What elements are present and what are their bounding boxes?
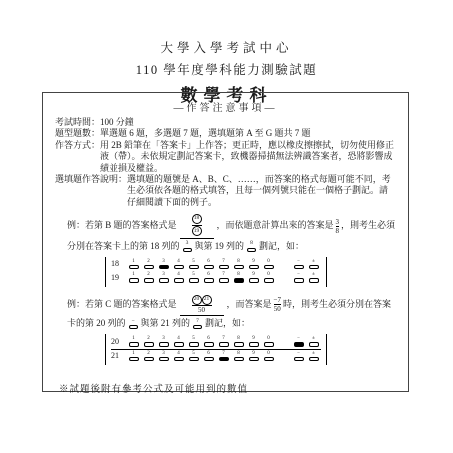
example-b-text: 劃記，如： (259, 241, 304, 251)
notice-item-exam-time: 考試時間：100 分鐘 (55, 117, 396, 128)
empty-bubble-icon (309, 278, 319, 283)
answer-bubble-cell: 9 (246, 351, 261, 362)
notice-text: 100 分鐘 (100, 117, 134, 127)
bubble-digit-label: 3 (162, 351, 165, 356)
bubble-digit-label: 2 (147, 272, 150, 277)
example-c: 例：若第 C 題的答案格式是202150，而答案是−750時，則考生必須分別在答… (67, 294, 396, 331)
answer-bubble-cell: 9 (246, 272, 261, 283)
answer-bubble-cell: 0 (261, 259, 276, 270)
answer-bubble-cell: 8 (231, 336, 246, 347)
example-b-text: 與第 19 列的 (195, 241, 245, 251)
empty-bubble-icon (144, 265, 154, 270)
answer-bubble-cell: 7 (216, 259, 231, 270)
mark-symbol: 3 (183, 241, 192, 252)
organization-name: 大學入學考試中心 (0, 38, 453, 56)
answer-bubble-cell: 6 (201, 336, 216, 347)
empty-bubble-icon (264, 265, 274, 270)
bubble-digit-label: 2 (147, 336, 150, 341)
row-number-label: 21 (111, 351, 126, 361)
empty-bubble-icon (294, 357, 304, 362)
bubble-digit-label: ± (312, 336, 315, 341)
row-number-label: 19 (111, 273, 126, 283)
fraction-denominator: 8 (336, 226, 340, 235)
fraction-numerator: −7 (274, 296, 281, 304)
bubble-digit-label: 5 (192, 259, 195, 264)
bubble-digit-label: − (297, 259, 300, 264)
answer-bubble-cell: ± (306, 259, 321, 270)
empty-bubble-icon (204, 265, 214, 270)
empty-bubble-icon (219, 265, 229, 270)
empty-bubble-icon (204, 342, 214, 347)
bubble-digit-label: 0 (267, 272, 270, 277)
format-fraction: 1819 (192, 213, 202, 237)
mark-digit: 3 (186, 241, 189, 247)
answer-grid-rows-18-19: 181234567890−±191234567890−± (105, 257, 327, 287)
answer-bubble-cell: 0 (261, 351, 276, 362)
answer-bubble-cell: 8 (231, 259, 246, 270)
bubble-digit-label: 5 (192, 336, 195, 341)
answer-grid-row: 191234567890−± (111, 271, 321, 285)
bubble-digit-label: 4 (177, 351, 180, 356)
answer-bubble-cell: 5 (186, 272, 201, 283)
answer-bubble-cell: 4 (171, 351, 186, 362)
example-c-text: 與第 21 列的 (141, 318, 191, 328)
answer-bubble-cell: 1 (126, 351, 141, 362)
bubble-digit-label: 4 (177, 259, 180, 264)
answer-bubble-cell: − (291, 351, 306, 362)
bubble-digit-label: − (297, 272, 300, 277)
empty-bubble-icon (174, 278, 184, 283)
example-b-text: ，而依題意計算出來的答案是 (217, 220, 334, 230)
mark-bubble-icon (129, 325, 138, 329)
empty-bubble-icon (159, 357, 169, 362)
mark-digit: 7 (196, 319, 199, 325)
mark-symbol: 7 (193, 319, 202, 330)
bubble-digit-label: 8 (237, 259, 240, 264)
bubble-digit-label: 6 (207, 272, 210, 277)
bubble-digit-label: − (297, 336, 300, 341)
bubble-digit-label: 7 (222, 272, 225, 277)
empty-bubble-icon (249, 265, 259, 270)
empty-bubble-icon (204, 357, 214, 362)
answer-bubble-cell: − (291, 259, 306, 270)
answer-grid-row: 181234567890−± (111, 258, 321, 272)
answer-bubble-cell: 6 (201, 259, 216, 270)
example-c-text: 例：若第 C 題的答案格式是 (67, 299, 177, 309)
fraction-denominator: 50 (274, 304, 281, 313)
answer-grid-row: 211234567890−± (111, 350, 321, 364)
bubble-digit-label: 9 (252, 336, 255, 341)
empty-bubble-icon (159, 278, 169, 283)
answer-bubble-cell: 7 (216, 336, 231, 347)
bubble-digit-label: 7 (222, 259, 225, 264)
fraction-numerator: 3 (336, 218, 340, 226)
example-b: 例：若第 B 題的答案格式是1819，而依題意計算出來的答案是38，則考生必須分… (67, 213, 396, 254)
answer-bubble-cell: 4 (171, 336, 186, 347)
fraction-denominator: 19 (192, 225, 202, 237)
answer-bubble-cell: 1 (126, 336, 141, 347)
empty-bubble-icon (249, 278, 259, 283)
answer-bubble-cell: 2 (141, 259, 156, 270)
answer-bubble-cell: 3 (156, 259, 171, 270)
answer-bubble-cell: 6 (201, 351, 216, 362)
empty-bubble-icon (234, 342, 244, 347)
empty-bubble-icon (219, 278, 229, 283)
empty-bubble-icon (189, 357, 199, 362)
notice-text: 單選題 6 題，多選題 7 題，選填題第 A 至 G 題共 7 題 (100, 128, 311, 138)
empty-bubble-icon (189, 278, 199, 283)
filled-bubble-icon (294, 342, 304, 347)
exam-cover-page: 大學入學考試中心 110 學年度學科能力測驗試題 數學考科 —作答注意事項— 考… (0, 0, 453, 453)
answer-bubble-cell: 3 (156, 351, 171, 362)
answer-bubble-cell: 9 (246, 336, 261, 347)
circled-row-number: 18 (192, 214, 202, 224)
answer-bubble-cell: 2 (141, 336, 156, 347)
notice-text: 用 2B 鉛筆在「答案卡」上作答；更正時，應以橡皮擦擦拭，切勿使用修正液（帶）。… (100, 140, 394, 173)
mark-digit: − (131, 319, 134, 325)
empty-bubble-icon (129, 357, 139, 362)
empty-bubble-icon (309, 265, 319, 270)
mark-digit: 8 (250, 241, 253, 247)
notice-text: 選填題的題號是 A、B、C、……，而答案的格式每題可能不同，考生必須依各題的格式… (127, 174, 391, 207)
answer-bubble-cell: 4 (171, 272, 186, 283)
answer-bubble-cell: 1 (126, 259, 141, 270)
answer-grid-row: 201234567890−± (111, 335, 321, 350)
answer-grid-rows-20-21: 201234567890−±211234567890−± (105, 334, 327, 365)
empty-bubble-icon (294, 278, 304, 283)
empty-bubble-icon (234, 357, 244, 362)
answer-notice-box: —作答注意事項— 考試時間：100 分鐘 題型題數：單選題 6 題，多選題 7 … (42, 92, 409, 392)
bubble-digit-label: 6 (207, 351, 210, 356)
bubble-digit-label: ± (312, 272, 315, 277)
empty-bubble-icon (189, 265, 199, 270)
answer-bubble-cell: ± (306, 351, 321, 362)
row-number-label: 20 (111, 337, 126, 347)
answer-bubble-cell: ± (306, 336, 321, 347)
row-number-label: 18 (111, 259, 126, 269)
answer-bubble-cell: − (291, 272, 306, 283)
mark-bubble-icon (193, 325, 202, 329)
answer-bubble-cell: 2 (141, 272, 156, 283)
answer-bubble-cell: 2 (141, 351, 156, 362)
empty-bubble-icon (129, 278, 139, 283)
notice-label: 題型題數： (55, 128, 100, 138)
bubble-digit-label: 6 (207, 259, 210, 264)
empty-bubble-icon (234, 265, 244, 270)
answer-bubble-cell: 7 (216, 272, 231, 283)
circled-row-number: 21 (202, 295, 212, 305)
mark-bubble-icon (183, 248, 192, 252)
empty-bubble-icon (264, 357, 274, 362)
bubble-digit-label: 9 (252, 272, 255, 277)
example-c-text: ，而答案是 (227, 299, 272, 309)
answer-bubble-cell: 9 (246, 259, 261, 270)
empty-bubble-icon (294, 265, 304, 270)
empty-bubble-icon (204, 278, 214, 283)
notice-label: 選填題作答說明： (55, 174, 127, 184)
answer-fraction: 38 (336, 218, 340, 235)
empty-bubble-icon (144, 357, 154, 362)
notice-item-answer-method: 作答方式：用 2B 鉛筆在「答案卡」上作答；更正時，應以橡皮擦擦拭，切勿使用修正… (55, 140, 396, 174)
empty-bubble-icon (264, 278, 274, 283)
empty-bubble-icon (144, 278, 154, 283)
filled-bubble-icon (159, 265, 169, 270)
bubble-digit-label: 2 (147, 259, 150, 264)
notice-label: 考試時間： (55, 117, 100, 127)
bubble-digit-label: 5 (192, 351, 195, 356)
circled-row-number: 19 (192, 226, 202, 236)
answer-bubble-cell: 3 (156, 272, 171, 283)
bubble-digit-label: ± (312, 351, 315, 356)
bubble-digit-label: 3 (162, 259, 165, 264)
empty-bubble-icon (174, 357, 184, 362)
answer-bubble-cell: 8 (231, 272, 246, 283)
bubble-digit-label: 4 (177, 336, 180, 341)
empty-bubble-icon (219, 342, 229, 347)
bubble-digit-label: 1 (132, 336, 135, 341)
answer-format-blank: 202150 (180, 294, 224, 316)
bubble-digit-label: 7 (222, 351, 225, 356)
answer-bubble-cell: 5 (186, 259, 201, 270)
answer-bubble-cell: 6 (201, 272, 216, 283)
answer-bubble-cell: ± (306, 272, 321, 283)
answer-bubble-cell: 5 (186, 336, 201, 347)
mark-bubble-icon (247, 248, 256, 252)
answer-format-blank: 1819 (180, 213, 214, 239)
fraction-numerator: 2021 (192, 294, 212, 305)
bubble-digit-label: − (297, 351, 300, 356)
empty-bubble-icon (174, 342, 184, 347)
answer-bubble-cell: 5 (186, 351, 201, 362)
answer-bubble-cell: 1 (126, 272, 141, 283)
answer-bubble-cell: − (291, 336, 306, 347)
bubble-digit-label: ± (312, 259, 315, 264)
empty-bubble-icon (249, 357, 259, 362)
filled-bubble-icon (234, 278, 244, 283)
empty-bubble-icon (309, 342, 319, 347)
empty-bubble-icon (129, 265, 139, 270)
empty-bubble-icon (174, 265, 184, 270)
bubble-digit-label: 1 (132, 259, 135, 264)
fraction-numerator: 18 (192, 213, 202, 224)
answer-bubble-cell: 0 (261, 336, 276, 347)
filled-bubble-icon (219, 357, 229, 362)
empty-bubble-icon (249, 342, 259, 347)
bubble-digit-label: 3 (162, 336, 165, 341)
answer-bubble-cell: 8 (231, 351, 246, 362)
empty-bubble-icon (189, 342, 199, 347)
fraction-denominator: 50 (192, 305, 212, 314)
answer-bubble-cell: 0 (261, 272, 276, 283)
mark-symbol: − (129, 319, 138, 330)
answer-bubble-cell: 4 (171, 259, 186, 270)
bubble-digit-label: 8 (237, 272, 240, 277)
format-fraction: 202150 (192, 294, 212, 314)
bubble-digit-label: 0 (267, 351, 270, 356)
bubble-digit-label: 5 (192, 272, 195, 277)
bubble-digit-label: 4 (177, 272, 180, 277)
reference-formula-note: ※試題後附有參考公式及可能用到的數值 (59, 381, 396, 395)
notice-label: 作答方式： (55, 140, 100, 150)
example-b-text: 例：若第 B 題的答案格式是 (67, 220, 177, 230)
empty-bubble-icon (129, 342, 139, 347)
notice-item-fill-in-instructions: 選填題作答說明：選填題的題號是 A、B、C、……，而答案的格式每題可能不同，考生… (55, 174, 396, 208)
bubble-digit-label: 8 (237, 351, 240, 356)
circled-row-number: 20 (192, 295, 202, 305)
empty-bubble-icon (309, 357, 319, 362)
bubble-digit-label: 9 (252, 259, 255, 264)
bubble-digit-label: 3 (162, 272, 165, 277)
empty-bubble-icon (144, 342, 154, 347)
bubble-digit-label: 1 (132, 272, 135, 277)
mark-symbol: 8 (247, 241, 256, 252)
answer-bubble-cell: 3 (156, 336, 171, 347)
bubble-digit-label: 0 (267, 259, 270, 264)
bubble-digit-label: 8 (237, 336, 240, 341)
empty-bubble-icon (159, 342, 169, 347)
bubble-digit-label: 6 (207, 336, 210, 341)
bubble-digit-label: 0 (267, 336, 270, 341)
notice-title: —作答注意事項— (55, 99, 396, 114)
bubble-digit-label: 7 (222, 336, 225, 341)
answer-fraction: −750 (274, 296, 281, 313)
answer-bubble-cell: 7 (216, 351, 231, 362)
notice-item-question-types: 題型題數：單選題 6 題，多選題 7 題，選填題第 A 至 G 題共 7 題 (55, 128, 396, 139)
bubble-digit-label: 9 (252, 351, 255, 356)
empty-bubble-icon (264, 342, 274, 347)
exam-title: 110 學年度學科能力測驗試題 (0, 60, 453, 78)
example-c-text: 劃記，如： (205, 318, 250, 328)
bubble-digit-label: 2 (147, 351, 150, 356)
bubble-digit-label: 1 (132, 351, 135, 356)
